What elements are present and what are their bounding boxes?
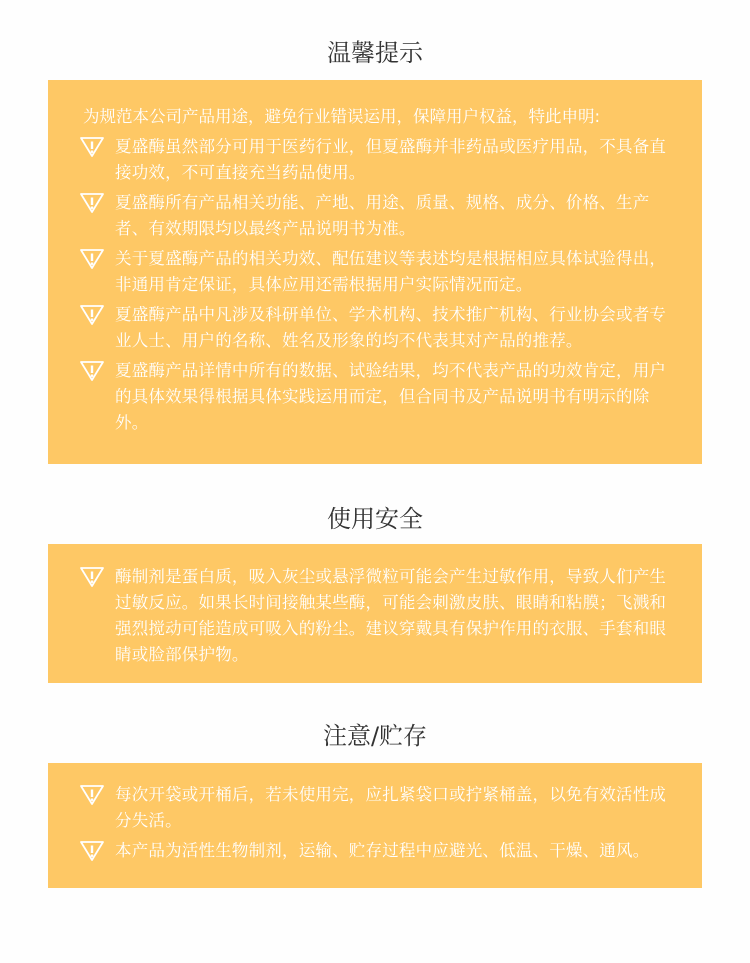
item-text: 关于夏盛酶产品的相关功效、配伍建议等表述均是根据相应具体试验得出，非通用肯定保证… (115, 246, 672, 298)
list-item: 酶制剂是蛋白质，吸入灰尘或悬浮微粒可能会产生过敏作用，导致人们产生过敏反应。如果… (79, 564, 672, 668)
section-title-storage: 注意/贮存 (0, 721, 750, 751)
warning-triangle-icon (79, 192, 105, 214)
item-text: 夏盛酶所有产品相关功能、产地、用途、质量、规格、成分、价格、生产者、有效期限均以… (115, 190, 672, 242)
usage-safety-box: 酶制剂是蛋白质，吸入灰尘或悬浮微粒可能会产生过敏作用，导致人们产生过敏反应。如果… (48, 544, 702, 683)
section-title-warm-tips: 温馨提示 (0, 38, 750, 68)
item-text: 夏盛酶产品中凡涉及科研单位、学术机构、技术推广机构、行业协会或者专业人士、用户的… (115, 302, 672, 354)
warning-triangle-icon (79, 136, 105, 158)
warning-triangle-icon (79, 360, 105, 382)
list-item: 本产品为活性生物制剂，运输、贮存过程中应避光、低温、干燥、通风。 (79, 838, 672, 864)
item-text: 夏盛酶虽然部分可用于医药行业，但夏盛酶并非药品或医疗用品，不具备直接功效，不可直… (115, 134, 672, 186)
list-item: 夏盛酶产品中凡涉及科研单位、学术机构、技术推广机构、行业协会或者专业人士、用户的… (79, 302, 672, 354)
warning-triangle-icon (79, 304, 105, 326)
section-title-usage-safety: 使用安全 (0, 504, 750, 534)
warning-triangle-icon (79, 248, 105, 270)
warning-triangle-icon (79, 566, 105, 588)
item-text: 本产品为活性生物制剂，运输、贮存过程中应避光、低温、干燥、通风。 (115, 838, 672, 864)
storage-box: 每次开袋或开桶后，若未使用完，应扎紧袋口或拧紧桶盖，以免有效活性成分失活。 本产… (48, 763, 702, 888)
list-item: 每次开袋或开桶后，若未使用完，应扎紧袋口或拧紧桶盖，以免有效活性成分失活。 (79, 782, 672, 834)
item-text: 酶制剂是蛋白质，吸入灰尘或悬浮微粒可能会产生过敏作用，导致人们产生过敏反应。如果… (115, 564, 672, 668)
item-text: 夏盛酶产品详情中所有的数据、试验结果，均不代表产品的功效肯定，用户的具体效果得根… (115, 358, 672, 436)
list-item: 夏盛酶所有产品相关功能、产地、用途、质量、规格、成分、价格、生产者、有效期限均以… (79, 190, 672, 242)
intro-statement: 为规范本公司产品用途，避免行业错误运用，保障用户权益，特此申明: (83, 104, 672, 130)
warning-triangle-icon (79, 840, 105, 862)
item-text: 每次开袋或开桶后，若未使用完，应扎紧袋口或拧紧桶盖，以免有效活性成分失活。 (115, 782, 672, 834)
list-item: 夏盛酶虽然部分可用于医药行业，但夏盛酶并非药品或医疗用品，不具备直接功效，不可直… (79, 134, 672, 186)
warning-triangle-icon (79, 784, 105, 806)
warm-tips-box: 为规范本公司产品用途，避免行业错误运用，保障用户权益，特此申明: 夏盛酶虽然部分… (48, 80, 702, 464)
list-item: 关于夏盛酶产品的相关功效、配伍建议等表述均是根据相应具体试验得出，非通用肯定保证… (79, 246, 672, 298)
list-item: 夏盛酶产品详情中所有的数据、试验结果，均不代表产品的功效肯定，用户的具体效果得根… (79, 358, 672, 436)
